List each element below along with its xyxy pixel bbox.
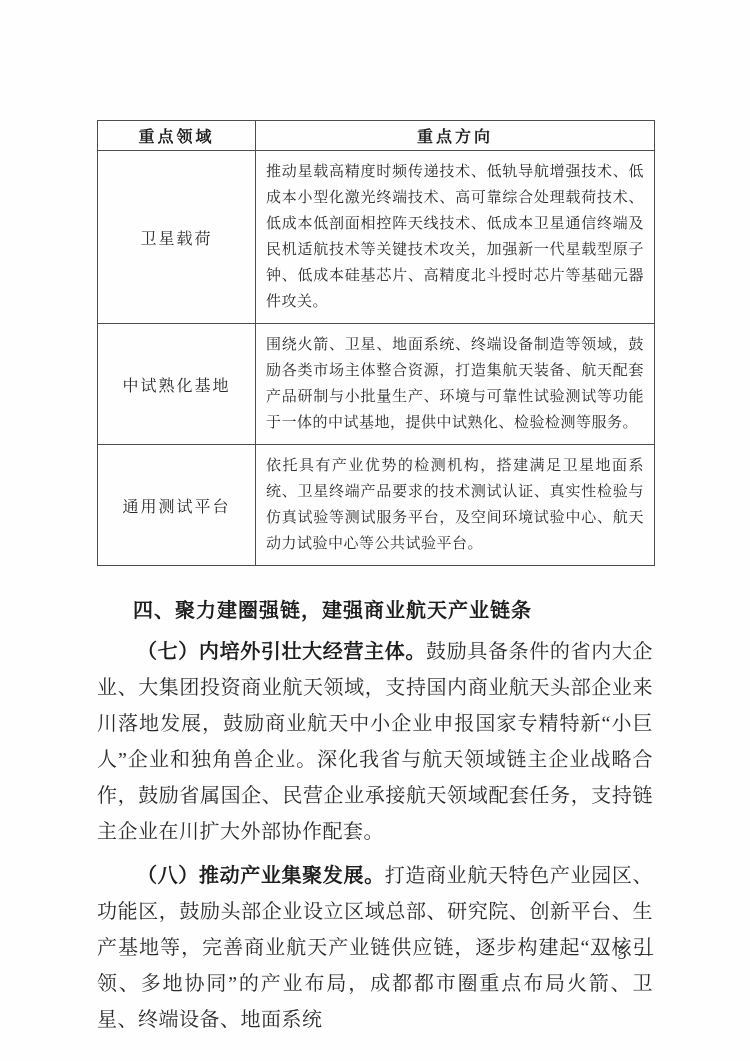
section-heading: 四、聚力建圈强链，建强商业航天产业链条 xyxy=(97,596,653,626)
table-header-row: 重点领域 重点方向 xyxy=(98,121,655,151)
area-cell: 通用测试平台 xyxy=(98,445,256,566)
paragraph-eight: （八）推动产业集聚发展。打造商业航天特色产业园区、功能区，鼓励头部企业设立区域总… xyxy=(97,858,653,1038)
paragraph-seven-lead: （七）内培外引壮大经营主体。 xyxy=(137,641,426,663)
area-cell: 中试熟化基地 xyxy=(98,324,256,445)
table-row-pilot-base: 中试熟化基地 围绕火箭、卫星、地面系统、终端设备制造等领域，鼓励各类市场主体整合… xyxy=(98,324,655,445)
table-row-satellite-payload: 卫星载荷 推动星载高精度时频传递技术、低轨导航增强技术、低成本小型化激光终端技术… xyxy=(98,151,655,324)
direction-cell: 推动星载高精度时频传递技术、低轨导航增强技术、低成本小型化激光终端技术、高可靠综… xyxy=(256,151,655,324)
document-page: 重点领域 重点方向 卫星载荷 推动星载高精度时频传递技术、低轨导航增强技术、低成… xyxy=(0,0,750,1061)
paragraph-eight-lead: （八）推动产业集聚发展。 xyxy=(137,865,385,887)
table-row-test-platform: 通用测试平台 依托具有产业优势的检测机构，搭建满足卫星地面系统、卫星终端产品要求… xyxy=(98,445,655,566)
table-header-key-direction: 重点方向 xyxy=(256,121,655,151)
direction-cell: 围绕火箭、卫星、地面系统、终端设备制造等领域，鼓励各类市场主体整合资源，打造集航… xyxy=(256,324,655,445)
key-areas-table: 重点领域 重点方向 卫星载荷 推动星载高精度时频传递技术、低轨导航增强技术、低成… xyxy=(97,120,655,566)
page-number: — 5 — xyxy=(591,943,655,964)
paragraph-seven: （七）内培外引壮大经营主体。鼓励具备条件的省内大企业、大集团投资商业航天领域，支… xyxy=(97,634,653,850)
paragraph-eight-body: 打造商业航天特色产业园区、功能区，鼓励头部企业设立区域总部、研究院、创新平台、生… xyxy=(97,865,653,1031)
area-cell: 卫星载荷 xyxy=(98,151,256,324)
paragraph-seven-body: 鼓励具备条件的省内大企业、大集团投资商业航天领域，支持国内商业航天头部企业来川落… xyxy=(97,641,653,843)
direction-cell: 依托具有产业优势的检测机构，搭建满足卫星地面系统、卫星终端产品要求的技术测试认证… xyxy=(256,445,655,566)
table-header-key-area: 重点领域 xyxy=(98,121,256,151)
